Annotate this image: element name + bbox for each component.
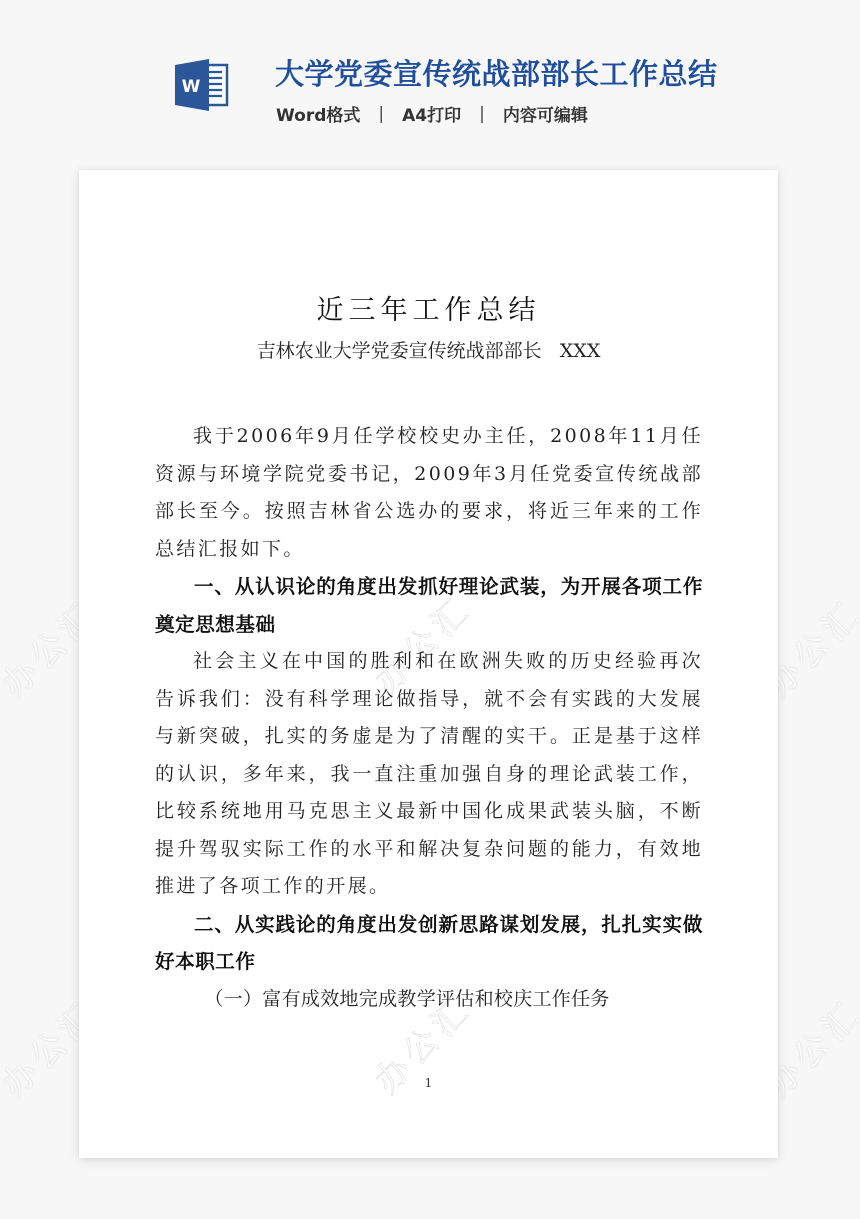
section-heading-1: 一、从认识论的角度出发抓好理论武装，为开展各项工作奠定思想基础 bbox=[155, 568, 703, 643]
header-tags: Word格式 | A4打印 | 内容可编辑 bbox=[276, 101, 588, 126]
header: W 大学党委宣传统战部部长工作总结 Word格式 | A4打印 | 内容可编辑 bbox=[0, 0, 860, 150]
document-subtitle: 吉林农业大学党委宣传统战部部长 XXX bbox=[79, 336, 778, 363]
svg-text:W: W bbox=[182, 77, 201, 97]
word-icon: W bbox=[175, 58, 231, 112]
tag-word-format: Word格式 bbox=[276, 101, 360, 126]
document-page: 近三年工作总结 吉林农业大学党委宣传统战部部长 XXX 我于2006年9月任学校… bbox=[79, 170, 778, 1158]
section-heading-2: 二、从实践论的角度出发创新思路谋划发展，扎扎实实做好本职工作 bbox=[155, 906, 703, 981]
tag-separator: | bbox=[378, 104, 384, 124]
tag-separator: | bbox=[479, 104, 485, 124]
page-number: 1 bbox=[79, 1076, 778, 1090]
document-title: 近三年工作总结 bbox=[79, 288, 778, 327]
paragraph-section-1: 社会主义在中国的胜利和在欧洲失败的历史经验再次告诉我们：没有科学理论做指导，就不… bbox=[155, 643, 703, 906]
tag-editable: 内容可编辑 bbox=[503, 101, 588, 126]
header-title: 大学党委宣传统战部部长工作总结 bbox=[275, 52, 718, 93]
tag-a4-print: A4打印 bbox=[402, 101, 461, 126]
paragraph-intro: 我于2006年9月任学校校史办主任，2008年11月任资源与环境学院党委书记，2… bbox=[155, 418, 703, 568]
subsection-heading-1: （一）富有成效地完成教学评估和校庆工作任务 bbox=[155, 981, 703, 1019]
document-body: 我于2006年9月任学校校史办主任，2008年11月任资源与环境学院党委书记，2… bbox=[155, 418, 703, 1018]
